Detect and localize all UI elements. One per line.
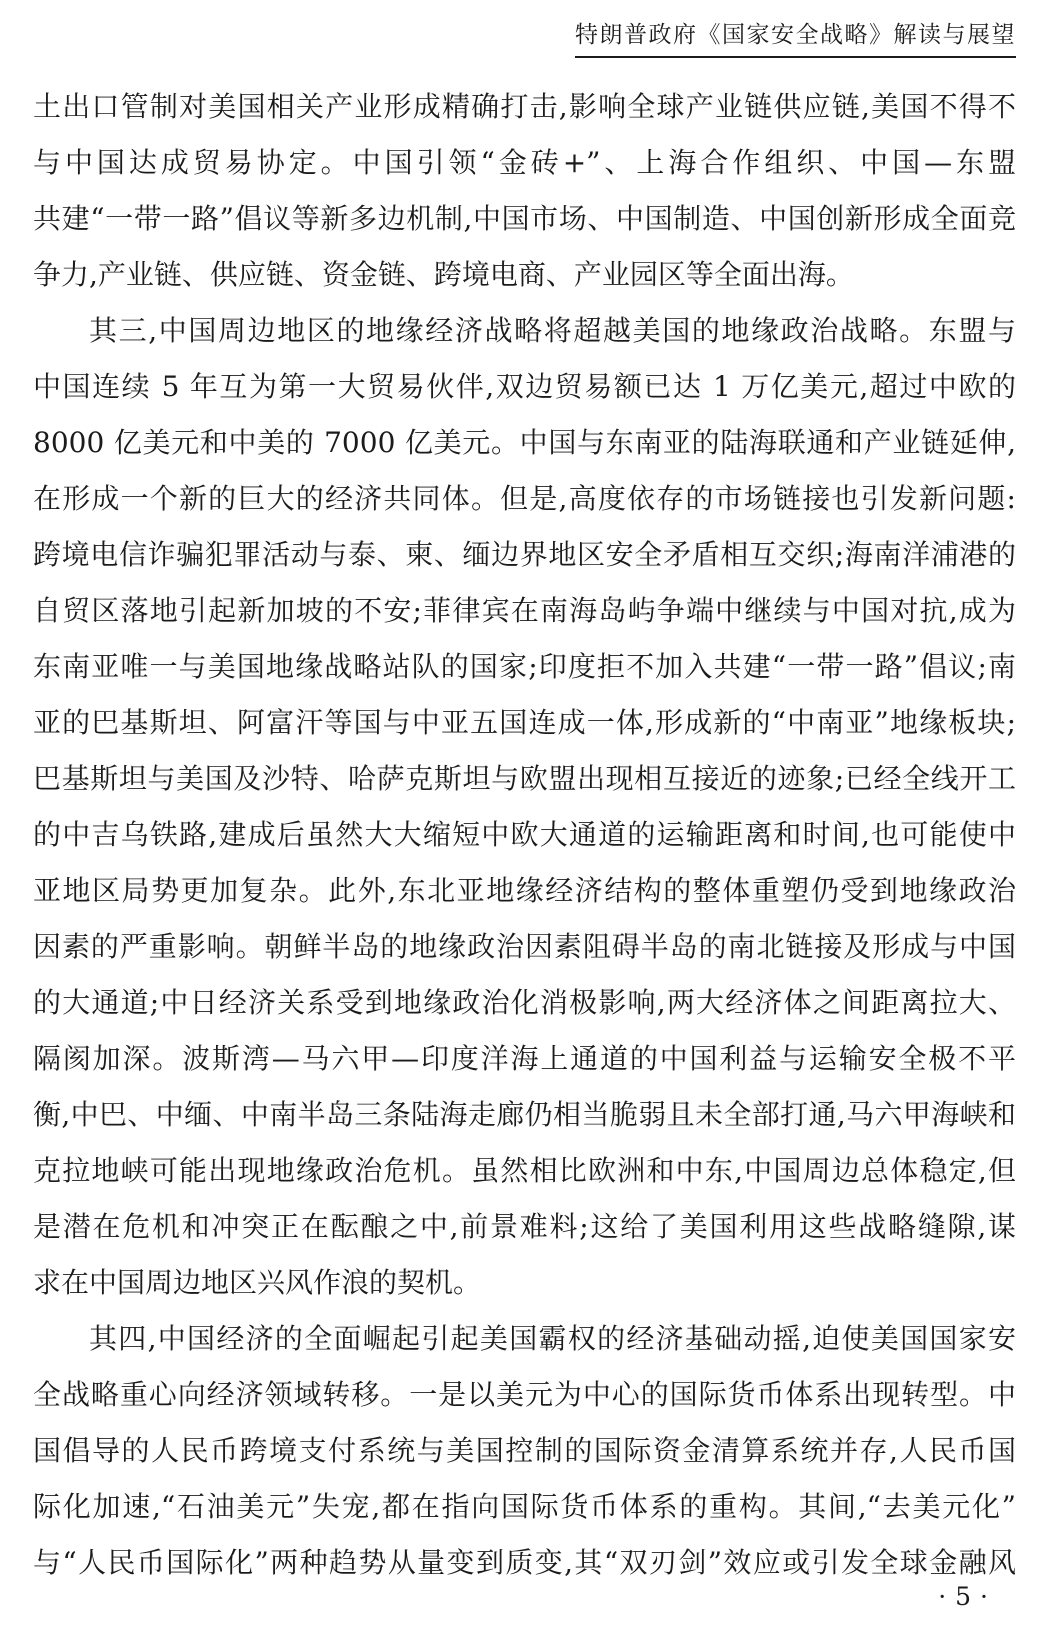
text-line: 的大通道;中日经济关系受到地缘政治化消极影响,两大经济体之间距离拉大、	[33, 975, 1016, 1031]
text-line: 中国连续 5 年互为第一大贸易伙伴,双边贸易额已达 1 万亿美元,超过中欧的	[33, 359, 1016, 415]
document-page: 特朗普政府《国家安全战略》解读与展望 土出口管制对美国相关产业形成精确打击,影响…	[0, 0, 1049, 1631]
text-line: 与中国达成贸易协定。中国引领“金砖+”、上海合作组织、中国—东盟(10+1)、	[33, 135, 1016, 191]
text-line: 衡,中巴、中缅、中南半岛三条陆海走廊仍相当脆弱且未全部打通,马六甲海峡和	[33, 1087, 1016, 1143]
text-line: 克拉地峡可能出现地缘政治危机。虽然相比欧洲和中东,中国周边总体稳定,但	[33, 1143, 1016, 1199]
text-line: 亚的巴基斯坦、阿富汗等国与中亚五国连成一体,形成新的“中南亚”地缘板块;	[33, 695, 1016, 751]
running-head-title: 特朗普政府《国家安全战略》解读与展望	[575, 22, 1016, 58]
text-line: 跨境电信诈骗犯罪活动与泰、柬、缅边界地区安全矛盾相互交织;海南洋浦港的	[33, 527, 1016, 583]
page-header: 特朗普政府《国家安全战略》解读与展望	[33, 22, 1016, 58]
text-line: 亚地区局势更加复杂。此外,东北亚地缘经济结构的整体重塑仍受到地缘政治	[33, 863, 1016, 919]
text-line: 其三,中国周边地区的地缘经济战略将超越美国的地缘政治战略。东盟与	[33, 303, 1016, 359]
body-text: 土出口管制对美国相关产业形成精确打击,影响全球产业链供应链,美国不得不与中国达成…	[33, 79, 1016, 1591]
text-line: 土出口管制对美国相关产业形成精确打击,影响全球产业链供应链,美国不得不	[33, 79, 1016, 135]
text-line: 其四,中国经济的全面崛起引起美国霸权的经济基础动摇,迫使美国国家安	[33, 1311, 1016, 1367]
text-line: 求在中国周边地区兴风作浪的契机。	[33, 1255, 1016, 1311]
text-line: 隔阂加深。波斯湾—马六甲—印度洋海上通道的中国利益与运输安全极不平	[33, 1031, 1016, 1087]
text-line: 际化加速,“石油美元”失宠,都在指向国际货币体系的重构。其间,“去美元化”	[33, 1479, 1016, 1535]
text-line: 自贸区落地引起新加坡的不安;菲律宾在南海岛屿争端中继续与中国对抗,成为	[33, 583, 1016, 639]
text-line: 国倡导的人民币跨境支付系统与美国控制的国际资金清算系统并存,人民币国	[33, 1423, 1016, 1479]
page-number: ·5·	[938, 1582, 997, 1611]
text-line: 东南亚唯一与美国地缘战略站队的国家;印度拒不加入共建“一带一路”倡议;南	[33, 639, 1016, 695]
text-line: 8000 亿美元和中美的 7000 亿美元。中国与东南亚的陆海联通和产业链延伸,…	[33, 415, 1016, 471]
text-line: 全战略重心向经济领域转移。一是以美元为中心的国际货币体系出现转型。中	[33, 1367, 1016, 1423]
text-line: 共建“一带一路”倡议等新多边机制,中国市场、中国制造、中国创新形成全面竞	[33, 191, 1016, 247]
text-line: 在形成一个新的巨大的经济共同体。但是,高度依存的市场链接也引发新问题:	[33, 471, 1016, 527]
text-line: 是潜在危机和冲突正在酝酿之中,前景难料;这给了美国利用这些战略缝隙,谋	[33, 1199, 1016, 1255]
text-line: 与“人民币国际化”两种趋势从量变到质变,其“双刃剑”效应或引发全球金融风	[33, 1535, 1016, 1591]
text-line: 争力,产业链、供应链、资金链、跨境电商、产业园区等全面出海。	[33, 247, 1016, 303]
text-line: 巴基斯坦与美国及沙特、哈萨克斯坦与欧盟出现相互接近的迹象;已经全线开工	[33, 751, 1016, 807]
text-line: 的中吉乌铁路,建成后虽然大大缩短中欧大通道的运输距离和时间,也可能使中	[33, 807, 1016, 863]
text-line: 因素的严重影响。朝鲜半岛的地缘政治因素阻碍半岛的南北链接及形成与中国	[33, 919, 1016, 975]
